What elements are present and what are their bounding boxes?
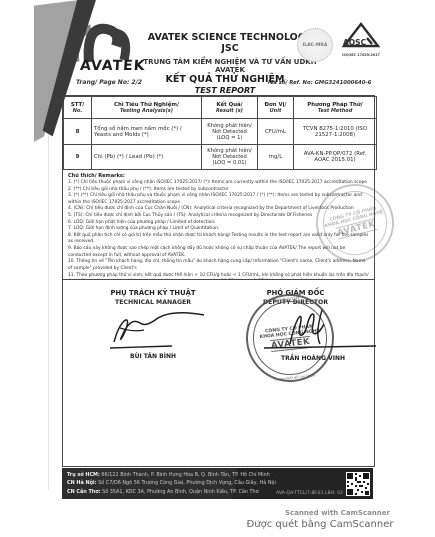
aosc-accreditation-caption: ISO/IEC 17025:2017 (338, 53, 384, 57)
result-loq: (LOQ = 0.01) (204, 160, 255, 166)
table-header-row: STT/ No. Chỉ Tiêu Thử Nghiệm/ Testing An… (64, 97, 377, 119)
footer-addresses: Trụ sở HCM: 66/122 Bình Thành, P. Bình H… (62, 468, 276, 499)
company-subtitle: TRUNG TÂM KIỂM NGHIỆM VÀ TƯ VẤN UDKH AVA… (140, 58, 320, 74)
header-unit: Đơn Vị/ Unit (258, 97, 294, 119)
deputy-director-name: TRẦN HOÀNG VINH (248, 355, 378, 362)
address-cantho-label: CN Cần Thơ: (67, 489, 101, 495)
page-edge-line (48, 130, 49, 490)
row-method: TCVN 8275-1:2010 (ISO 21527-1:2008) (294, 119, 377, 145)
aosc-triangle-icon: AOSC (341, 22, 381, 48)
aosc-logo: AOSC ISO/IEC 17025:2017 (338, 22, 384, 57)
table-row: 9 Chì (Pb) (*) / Lead (Pb) (*) Không phá… (64, 145, 377, 170)
row-unit: CFU/mL (258, 119, 294, 145)
remark-item: 9. Báo cáo này không được sao chép một c… (68, 246, 369, 259)
technical-manager-signature (100, 306, 215, 356)
camscanner-caption-en: Scanned with CamScanner (240, 509, 435, 517)
header-unit-vi: Đơn Vị/ (260, 102, 291, 108)
row-no: 9 (64, 145, 92, 170)
result-vi: Không phát hiện/ (204, 123, 255, 129)
remark-item: 11. Theo phương pháp thử vi sinh, kết qu… (68, 273, 369, 280)
header-result-en: Result (s) (204, 108, 255, 114)
address-hanoi: CN Hà Nội: Số C7/D6 Ngõ 56 Trương Công G… (67, 479, 276, 487)
ilac-mra-label: ILAC-MRA (303, 43, 328, 48)
header-method: Phương Pháp Thử/ Test Method (294, 97, 377, 119)
report-content-frame: STT/ No. Chỉ Tiêu Thử Nghiệm/ Testing An… (62, 95, 375, 467)
technical-manager-title-en: TECHNICAL MANAGER (88, 299, 218, 306)
remark-item: 5. (TS): Chỉ tiêu được chỉ định bởi Cục … (68, 213, 369, 220)
table-row: 8 Tổng số nấm men nấm mốc (*) / Yeasts a… (64, 119, 377, 145)
remark-item: 3. (*) (**) Chỉ tiêu gửi nhà thầu phụ và… (68, 193, 369, 206)
remark-item: 10. Thông tin về "Tên khách hàng, địa ch… (68, 259, 369, 272)
remarks-section: Chú thích/ Remarks: 1. (*) Chỉ tiêu thuộ… (63, 170, 374, 280)
row-unit: mg/L (258, 145, 294, 170)
address-cantho: CN Cần Thơ: Số 35A1, KDC 3A, Phường An B… (67, 488, 276, 496)
address-hcm-label: Trụ sở HCM: (67, 472, 100, 478)
scanned-test-report-page: { "header": { "logo_text": "AVATEK", "co… (0, 0, 435, 537)
address-hanoi-label: CN Hà Nội: (67, 480, 97, 486)
remark-item: 8. Kết quả phân tích chỉ có giá trị trên… (68, 233, 369, 246)
footer-address-bar: Trụ sở HCM: 66/122 Bình Thành, P. Bình H… (62, 468, 373, 499)
header-unit-en: Unit (260, 108, 291, 114)
header-method-vi: Phương Pháp Thử/ (296, 102, 374, 108)
header-analysis: Chỉ Tiêu Thử Nghiệm/ Testing Analysis(s) (92, 97, 202, 119)
reference-number: Mã số/ Ref. No: GMG3241000640-6 (268, 80, 371, 86)
address-hanoi-text: Số C7/D6 Ngõ 56 Trương Công Giai, Phường… (97, 480, 276, 486)
technical-manager-title-vi: PHỤ TRÁCH KỸ THUẬT (88, 289, 218, 297)
camscanner-caption-vi: Được quét bằng CamScanner (205, 519, 435, 530)
address-hcm-text: 66/122 Bình Thành, P. Bình Hưng Hòa B, Q… (100, 472, 270, 478)
header-analysis-en: Testing Analysis(s) (94, 108, 199, 114)
address-hcm: Trụ sở HCM: 66/122 Bình Thành, P. Bình H… (67, 471, 276, 479)
report-title-en: TEST REPORT (140, 86, 310, 95)
document-code: AVA-QA-TTCL/7.8F.01 LBH: 02 (276, 491, 346, 499)
scan-artifact-corner (34, 0, 106, 142)
ilac-mra-stamp-icon: ILAC-MRA (297, 28, 333, 62)
company-header: AVATEK SCIENCE TECHNOLOGY JSC TRUNG TÂM … (140, 32, 320, 74)
remark-item: 7. LOQ: Giới hạn định lượng của phương p… (68, 226, 369, 233)
remark-item: 1. (*) Chỉ tiêu thuộc phạm vi công nhận … (68, 180, 369, 187)
row-result: Không phát hiện/ Not Detected (LOQ = 0.0… (202, 145, 258, 170)
deputy-director-signature (258, 300, 380, 358)
address-cantho-text: Số 35A1, KDC 3A, Phường An Bình, Quận Ni… (101, 489, 259, 495)
result-loq: (LOQ = 1) (204, 135, 255, 141)
header-method-en: Test Method (296, 108, 374, 114)
row-analysis: Chì (Pb) (*) / Lead (Pb) (*) (92, 145, 202, 170)
results-table: STT/ No. Chỉ Tiêu Thử Nghiệm/ Testing An… (63, 96, 377, 170)
header-result: Kết Quả/ Result (s) (202, 97, 258, 119)
qr-code-icon (346, 472, 370, 496)
row-result: Không phát hiện/ Not Detected (LOQ = 1) (202, 119, 258, 145)
technical-manager-title-block: PHỤ TRÁCH KỸ THUẬT TECHNICAL MANAGER (88, 289, 218, 306)
row-method: AVA-KN-PP.QP/072 (Ref. AOAC 2015.01) (294, 145, 377, 170)
row-analysis: Tổng số nấm men nấm mốc (*) / Yeasts and… (92, 119, 202, 145)
company-name: AVATEK SCIENCE TECHNOLOGY JSC (140, 32, 320, 54)
svg-text:AOSC: AOSC (343, 38, 367, 47)
remarks-title: Chú thích/ Remarks: (68, 173, 369, 179)
